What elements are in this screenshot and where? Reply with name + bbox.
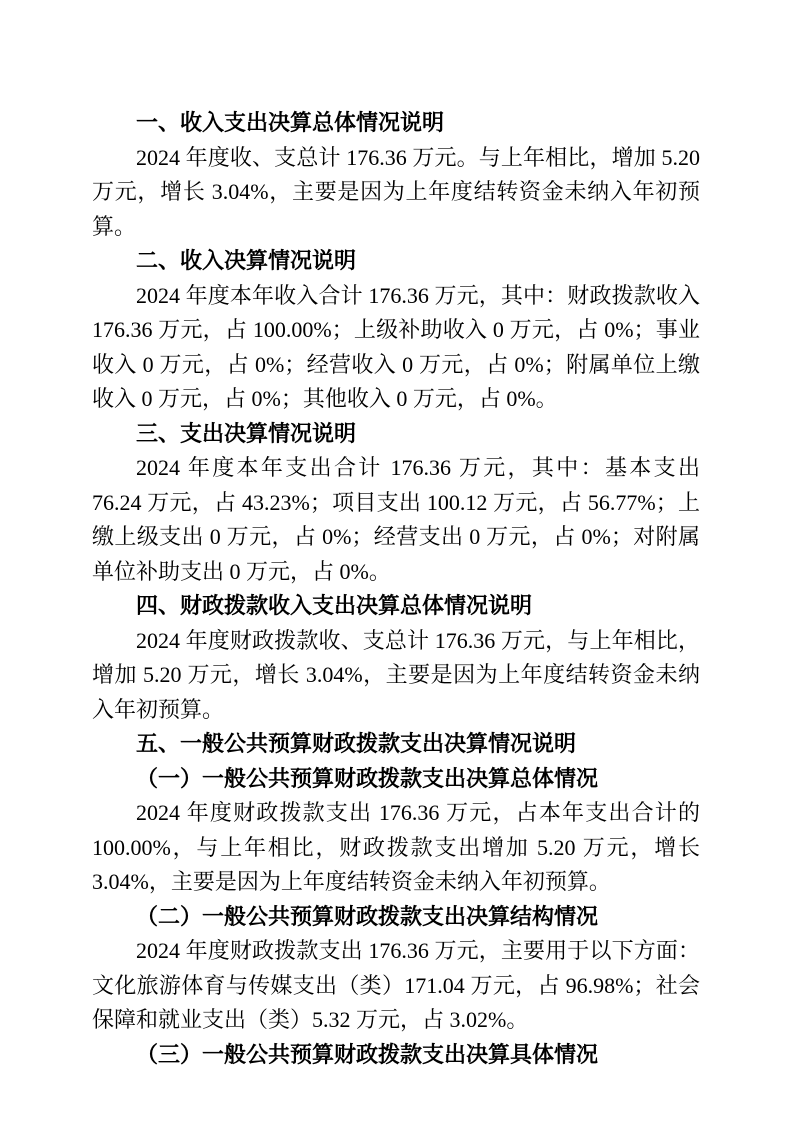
section-1-paragraph: 2024 年度收、支总计 176.36 万元。与上年相比，增加 5.20 万元，… <box>92 141 700 245</box>
subsection-heading-5-3: （三）一般公共预算财政拨款支出决算具体情况 <box>92 1038 700 1073</box>
section-heading-4: 四、财政拨款收入支出决算总体情况说明 <box>92 589 700 624</box>
subsection-5-1-paragraph: 2024 年度财政拨款支出 176.36 万元，占本年支出合计的 100.00%… <box>92 796 700 900</box>
section-heading-2: 二、收入决算情况说明 <box>92 244 700 279</box>
section-2-paragraph: 2024 年度本年收入合计 176.36 万元，其中：财政拨款收入 176.36… <box>92 279 700 417</box>
section-heading-1: 一、收入支出决算总体情况说明 <box>92 106 700 141</box>
subsection-heading-5-1: （一）一般公共预算财政拨款支出决算总体情况 <box>92 762 700 797</box>
subsection-heading-5-2: （二）一般公共预算财政拨款支出决算结构情况 <box>92 900 700 935</box>
subsection-5-2-paragraph: 2024 年度财政拨款支出 176.36 万元，主要用于以下方面：文化旅游体育与… <box>92 934 700 1038</box>
section-3-paragraph: 2024 年度本年支出合计 176.36 万元，其中：基本支出 76.24 万元… <box>92 451 700 589</box>
document-body: 一、收入支出决算总体情况说明 2024 年度收、支总计 176.36 万元。与上… <box>92 106 700 1072</box>
section-heading-3: 三、支出决算情况说明 <box>92 417 700 452</box>
section-heading-5: 五、一般公共预算财政拨款支出决算情况说明 <box>92 727 700 762</box>
section-4-paragraph: 2024 年度财政拨款收、支总计 176.36 万元，与上年相比，增加 5.20… <box>92 624 700 728</box>
document-page: 一、收入支出决算总体情况说明 2024 年度收、支总计 176.36 万元。与上… <box>0 0 793 1122</box>
